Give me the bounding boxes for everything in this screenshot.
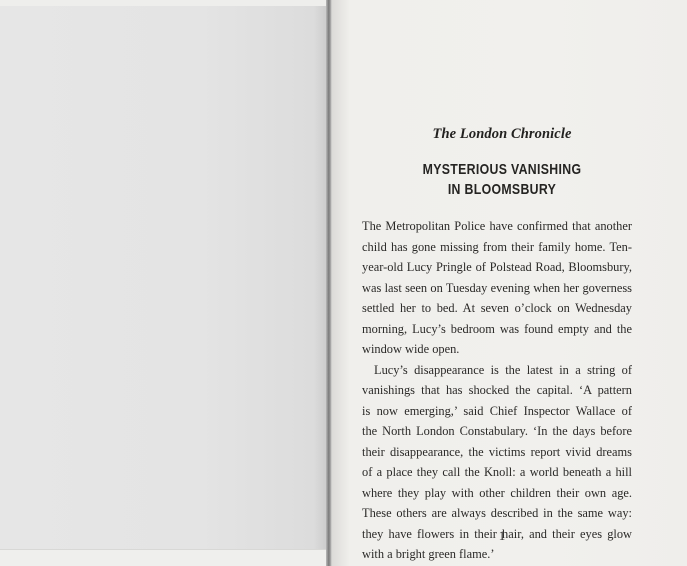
headline-line: MYSTERIOUS VANISHING <box>379 160 625 180</box>
text-line: morning, Lucy’s bedroom was found empty … <box>362 319 632 340</box>
text-line: with a bright green flame.’ <box>362 544 632 565</box>
page-number: 1 <box>352 528 652 544</box>
left-page-top-edge <box>0 0 330 6</box>
newspaper-title: The London Chronicle <box>352 126 652 143</box>
text-line: the North London Constabulary. ‘In the d… <box>362 421 632 442</box>
text-line: where they play with other children thei… <box>362 483 632 504</box>
text-line: vanishings that has shocked the capital.… <box>362 380 632 401</box>
text-line: These others are always described in the… <box>362 503 632 524</box>
text-line: settled her to bed. At seven o’clock on … <box>362 298 632 319</box>
book-spread: The London Chronicle MYSTERIOUS VANISHIN… <box>0 0 687 566</box>
article-headline: MYSTERIOUS VANISHING IN BLOOMSBURY <box>379 160 625 200</box>
right-page: The London Chronicle MYSTERIOUS VANISHIN… <box>332 0 687 566</box>
left-page <box>0 0 330 566</box>
text-line: of a place they call the Knoll: a world … <box>362 462 632 483</box>
text-line: was last seen on Tuesday evening when he… <box>362 278 632 299</box>
headline-line: IN BLOOMSBURY <box>379 180 625 200</box>
text-line: is now emerging,’ said Chief Inspector W… <box>362 401 632 422</box>
text-line: Lucy’s disappearance is the latest in a … <box>362 360 632 381</box>
left-page-bottom-edge <box>0 549 330 566</box>
text-line: The Metropolitan Police have confirmed t… <box>362 216 632 237</box>
text-line: child has gone missing from their family… <box>362 237 632 258</box>
paragraph-1: The Metropolitan Police have confirmed t… <box>362 216 632 360</box>
text-line: their disappearance, the victims report … <box>362 442 632 463</box>
text-line: window wide open. <box>362 339 632 360</box>
text-line: year-old Lucy Pringle of Polstead Road, … <box>362 257 632 278</box>
article-body: The Metropolitan Police have confirmed t… <box>362 216 632 565</box>
